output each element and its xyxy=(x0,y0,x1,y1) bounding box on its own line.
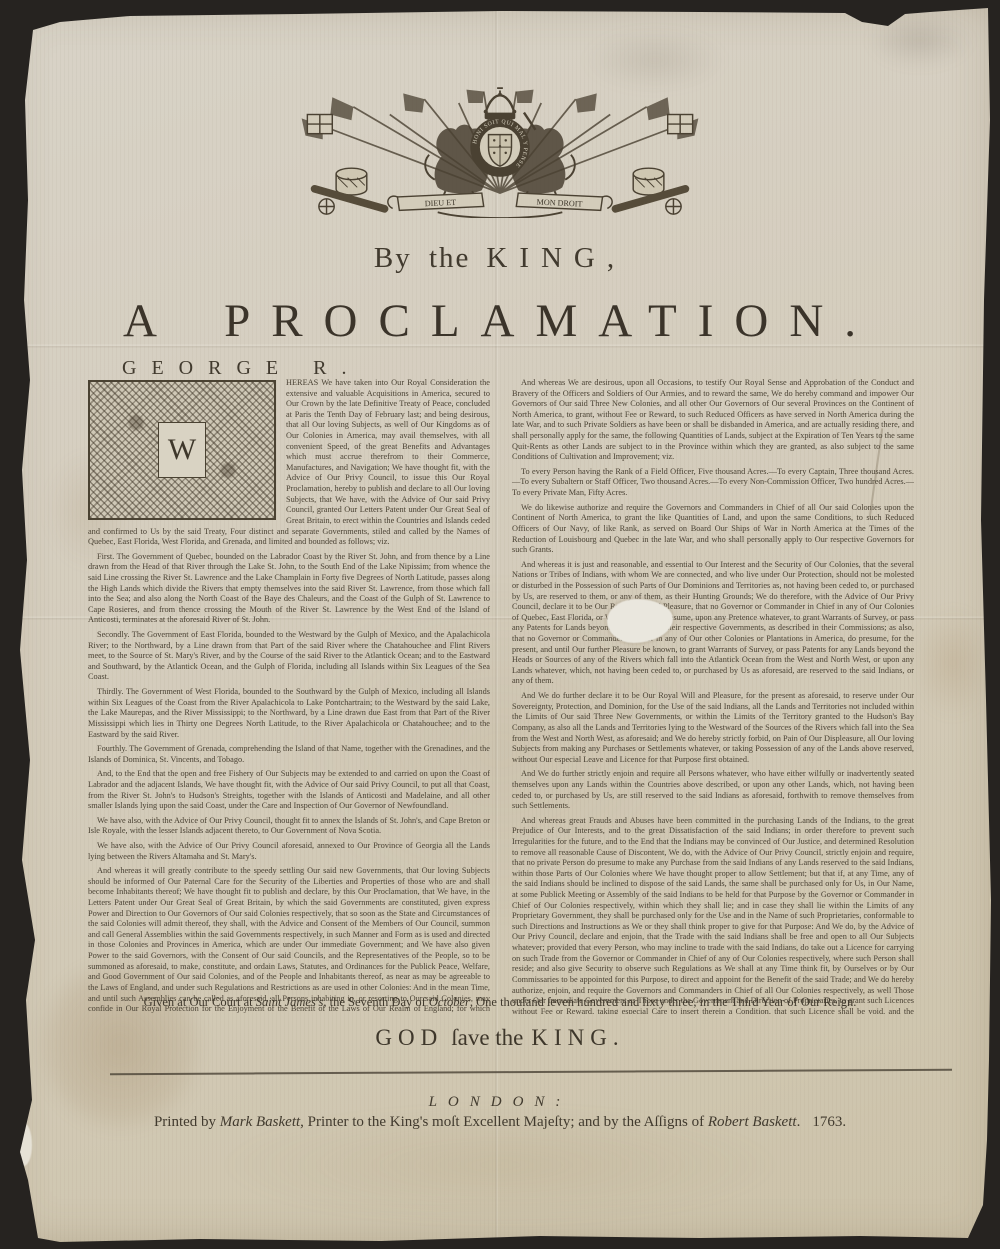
god-text: GOD xyxy=(375,1025,443,1050)
dateline-month: October xyxy=(429,995,470,1009)
paragraph: Fourthly. The Government of Grenada, com… xyxy=(88,744,490,765)
right-column: And whereas We are desirous, upon all Oc… xyxy=(512,378,914,1014)
imprint-year: 1763. xyxy=(812,1114,846,1130)
drop-cap-w: W xyxy=(158,422,206,478)
paper-edge-flake xyxy=(16,1122,32,1166)
heading-king: KING, xyxy=(486,242,626,274)
paragraph: Thirdly. The Government of West Florida,… xyxy=(88,687,490,740)
imprint-text: , Printer to the King's moſt Excellent M… xyxy=(300,1114,708,1130)
royal-coat-of-arms: HONI SOIT QUI MAL Y PENSE xyxy=(285,80,715,218)
motto-dieu-et: DIEU ET xyxy=(425,198,457,208)
paragraph: And whereas it is just and reasonable, a… xyxy=(512,560,914,687)
imprint-text: Printed by xyxy=(154,1114,220,1130)
dateline: Given at Our Court at Saint James's, the… xyxy=(0,995,1000,1010)
god-save-the-king: GODſave theKING. xyxy=(0,1025,1000,1051)
king-text: KING. xyxy=(531,1025,624,1050)
motto-banners: DIEU ET MON DROIT xyxy=(388,193,612,210)
imprint-line: Printed by Mark Baskett, Printer to the … xyxy=(0,1114,1000,1131)
heading-by-the: By the xyxy=(374,242,471,274)
heading-by-the-king: By theKING, xyxy=(0,242,1000,275)
printed-content: HONI SOIT QUI MAL Y PENSE xyxy=(0,0,1000,1249)
imprint-assigns-name: Robert Baskett xyxy=(708,1114,797,1130)
paragraph: Secondly. The Government of East Florida… xyxy=(88,630,490,683)
heading-a-proclamation: A PROCLAMATION. xyxy=(0,294,1000,348)
proclamation-broadside: HONI SOIT QUI MAL Y PENSE xyxy=(0,0,1000,1249)
divider-rule xyxy=(110,1069,952,1075)
paragraph: We have also, with the Advice of Our Pri… xyxy=(88,841,490,862)
paragraph: To every Person having the Rank of a Fie… xyxy=(512,467,914,499)
paragraph: And whereas We are desirous, upon all Oc… xyxy=(512,378,914,463)
paragraph: We have also, with the Advice of Our Pri… xyxy=(88,816,490,837)
body-columns: W HEREAS We have taken into Our Royal Co… xyxy=(88,378,914,1014)
paragraph: We do likewise authorize and require the… xyxy=(512,503,914,556)
save-the-text: ſave the xyxy=(451,1025,523,1050)
photograph-background: HONI SOIT QUI MAL Y PENSE xyxy=(0,0,1000,1249)
imprint-printer-name: Mark Baskett xyxy=(220,1114,300,1130)
dateline-text: , the Seventh Day of xyxy=(323,995,429,1009)
royal-signature: GEORGE R. xyxy=(122,357,361,380)
dateline-place: Saint James's xyxy=(256,995,324,1009)
paragraph: First. The Government of Quebec, bounded… xyxy=(88,552,490,626)
paragraph: And whereas great Frauds and Abuses have… xyxy=(512,816,914,1014)
paragraph: And, to the End that the open and free F… xyxy=(88,769,490,811)
decorative-initial-block: W xyxy=(88,380,276,520)
left-column: W HEREAS We have taken into Our Royal Co… xyxy=(88,378,490,1014)
dateline-text: , One thouſand ſeven hundred and ſixty t… xyxy=(470,995,857,1009)
imprint-city: LONDON: xyxy=(0,1094,1000,1111)
paragraph: And whereas it will greatly contribute t… xyxy=(88,866,490,1014)
imprint-text: . xyxy=(797,1114,801,1130)
dateline-text: Given at Our Court at xyxy=(144,995,256,1009)
base-scroll xyxy=(438,212,563,218)
paragraph: And We do further strictly enjoin and re… xyxy=(512,769,914,811)
crown xyxy=(484,88,517,119)
paragraph: And We do further declare it to be Our R… xyxy=(512,691,914,765)
